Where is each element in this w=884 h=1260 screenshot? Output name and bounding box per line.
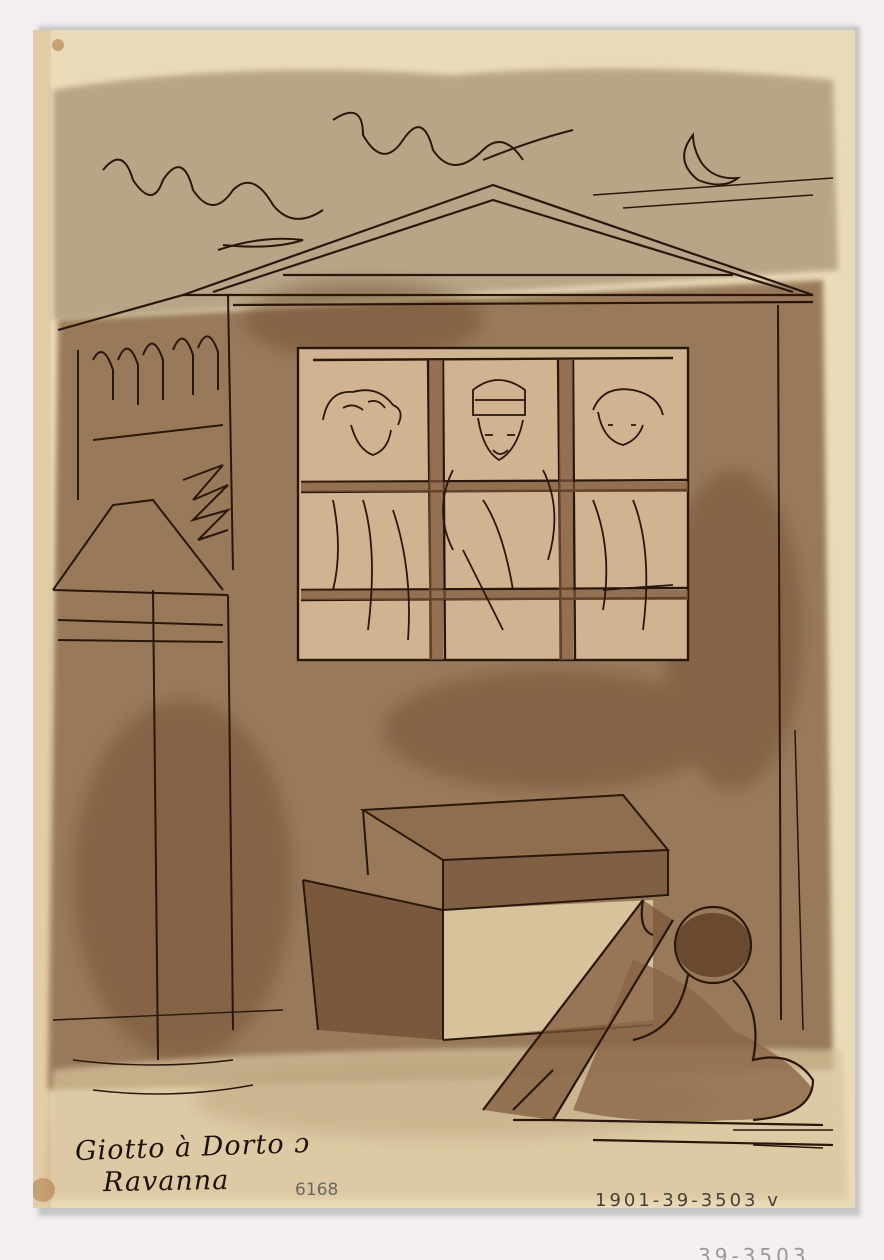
mount-number-partial: 39-3503	[698, 1244, 810, 1260]
drawing-artwork	[33, 30, 855, 1208]
drawing-sheet: Giotto à Dorto ɔ Ravanna 6168 1901-39-35…	[33, 30, 855, 1208]
pencil-inventory-number: 6168	[295, 1180, 338, 1200]
window-three-panels	[298, 348, 688, 660]
inscription-mark: ɔ	[294, 1128, 311, 1160]
accession-number: 1901-39-3503 v	[595, 1190, 781, 1208]
inscription-line-2: Ravanna	[103, 1165, 230, 1198]
